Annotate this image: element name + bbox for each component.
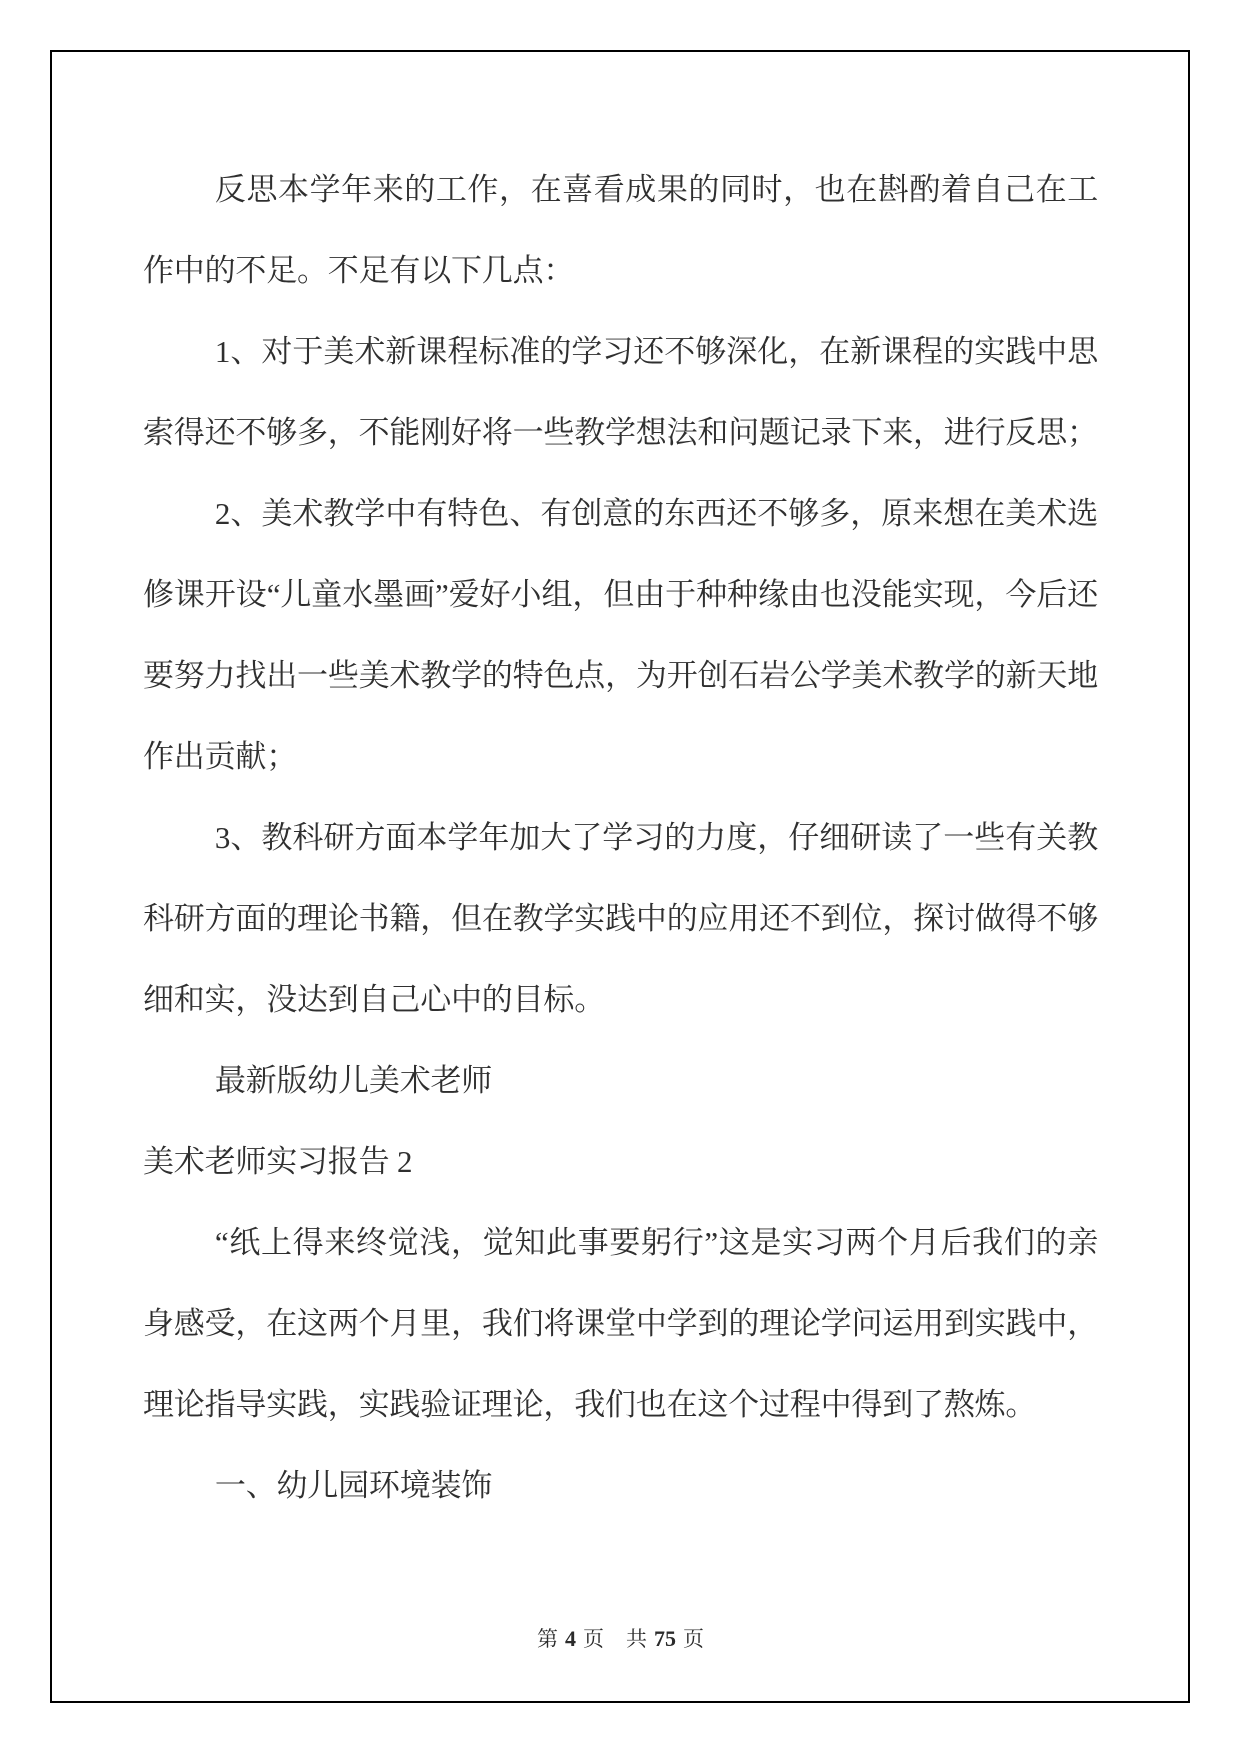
footer-page-prefix: 第 [537,1627,558,1651]
footer-current-page: 第4页 [537,1618,604,1660]
paragraph: 2、美术教学中有特色、有创意的东西还不够多，原来想在美术选修课开设“儿童水墨画”… [143,473,1098,797]
paragraph: 1、对于美术新课程标准的学习还不够深化，在新课程的实践中思索得还不够多，不能刚好… [143,311,1098,473]
paragraph: “纸上得来终觉浅，觉知此事要躬行”这是实习两个月后我们的亲身感受，在这两个月里，… [143,1202,1098,1445]
footer-page-number: 4 [565,1626,576,1651]
section-heading: 美术老师实习报告 2 [143,1121,1098,1202]
footer-total-unit: 页 [683,1627,704,1651]
subsection-heading: 一、幼儿园环境装饰 [143,1445,1098,1526]
paragraph: 3、教科研方面本学年加大了学习的力度，仔细研读了一些有关教科研方面的理论书籍，但… [143,797,1098,1040]
document-page: 反思本学年来的工作，在喜看成果的同时，也在斟酌着自己在工作中的不足。不足有以下几… [0,0,1241,1754]
footer-total-number: 75 [654,1626,676,1651]
document-body: 反思本学年来的工作，在喜看成果的同时，也在斟酌着自己在工作中的不足。不足有以下几… [143,149,1098,1526]
paragraph: 反思本学年来的工作，在喜看成果的同时，也在斟酌着自己在工作中的不足。不足有以下几… [143,149,1098,311]
footer-total-pages: 共75页 [626,1618,704,1660]
page-footer: 第4页共75页 [0,1618,1241,1660]
footer-page-unit: 页 [583,1627,604,1651]
paragraph: 最新版幼儿美术老师 [143,1040,1098,1121]
footer-total-prefix: 共 [626,1627,647,1651]
